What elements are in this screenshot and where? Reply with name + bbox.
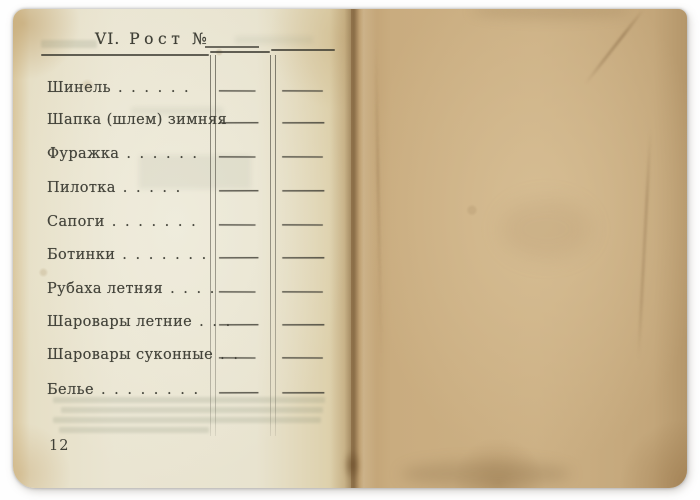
entry-dash: — (217, 256, 263, 259)
entry-dash: — (280, 223, 328, 226)
leader-dots: . . . . . . . (122, 247, 208, 263)
table-top-rule (271, 49, 335, 51)
entry-dash: — (217, 290, 260, 293)
leader-dots: . . . . (170, 281, 216, 297)
page-left: VI.Рост№ Шинель. . . . . . — — Шапка (шл… (13, 9, 351, 488)
table-row: Шинель. . . . . . — — (47, 80, 347, 102)
paper-stain (401, 461, 571, 487)
entry-dash: — (217, 223, 260, 226)
table-row: Фуражка. . . . . . — — (47, 146, 347, 168)
section-number: VI. (95, 30, 120, 48)
table-row: Шаровары летние. . . — — (47, 314, 347, 336)
item-label: Белье (47, 382, 94, 398)
paper-crease (637, 129, 652, 359)
entry-dash: — (217, 121, 263, 124)
bleed-through-text (41, 40, 97, 48)
page-number: 12 (49, 438, 69, 454)
entry-dash: — (217, 189, 263, 192)
table-row: Шапка (шлем) зимняя — — (47, 112, 347, 134)
paper-crease (584, 9, 645, 85)
table-row: Пилотка. . . . . — — (47, 180, 347, 202)
leader-dots: . . . . . . . . (101, 382, 200, 398)
table-row: Шаровары суконные. . — — (47, 347, 347, 369)
entry-dash: — (280, 391, 330, 394)
entry-dash: — (217, 155, 260, 158)
table-row: Сапоги. . . . . . . — — (47, 214, 347, 236)
bleed-through-text (59, 427, 209, 433)
item-label: Фуражка (47, 146, 119, 162)
section-title: Рост (129, 30, 184, 48)
entry-dash: — (280, 356, 328, 359)
page-right (351, 9, 687, 488)
entry-dash: — (217, 356, 260, 359)
section-header: VI.Рост№ (95, 30, 207, 48)
bleed-through-text (61, 407, 323, 413)
gutter-wear-spot (343, 449, 361, 481)
item-label: Ботинки (47, 247, 115, 263)
booklet-spread: VI.Рост№ Шинель. . . . . . — — Шапка (шл… (13, 9, 687, 488)
entry-dash: — (217, 323, 263, 326)
entry-dash: — (280, 89, 328, 92)
bleed-through-text (235, 36, 313, 44)
leader-dots: . . . . . . (118, 80, 191, 96)
table-row: Рубаха летняя. . . . — — (47, 281, 347, 303)
entry-dash: — (280, 290, 328, 293)
item-label: Шинель (47, 80, 111, 96)
item-label: Рубаха летняя (47, 281, 163, 297)
table-top-rule (41, 54, 209, 56)
entry-dash: — (280, 256, 330, 259)
item-label: Сапоги (47, 214, 105, 230)
entry-dash: — (280, 189, 330, 192)
entry-dash: — (217, 89, 260, 92)
table-row: Ботинки. . . . . . . — — (47, 247, 347, 269)
entry-dash: — (280, 121, 330, 124)
leader-dots: . . . . . . . (112, 214, 198, 230)
item-label: Шаровары летние (47, 314, 192, 330)
leader-dots: . . . . . . (126, 146, 199, 162)
entry-dash: — (280, 323, 330, 326)
bleed-through-text (53, 417, 321, 423)
entry-dash: — (217, 391, 263, 394)
bleed-through-text (53, 397, 325, 403)
leader-dots: . . . . . (123, 180, 182, 196)
entry-dash: — (280, 155, 328, 158)
paper-stain (471, 9, 631, 19)
paper-stain (501, 199, 591, 259)
item-label: Пилотка (47, 180, 116, 196)
item-label: Шапка (шлем) зимняя (47, 112, 227, 128)
table-top-rule (210, 51, 270, 53)
header-blank-line (205, 46, 259, 48)
paper-crease (374, 39, 383, 369)
item-label: Шаровары суконные (47, 347, 213, 363)
